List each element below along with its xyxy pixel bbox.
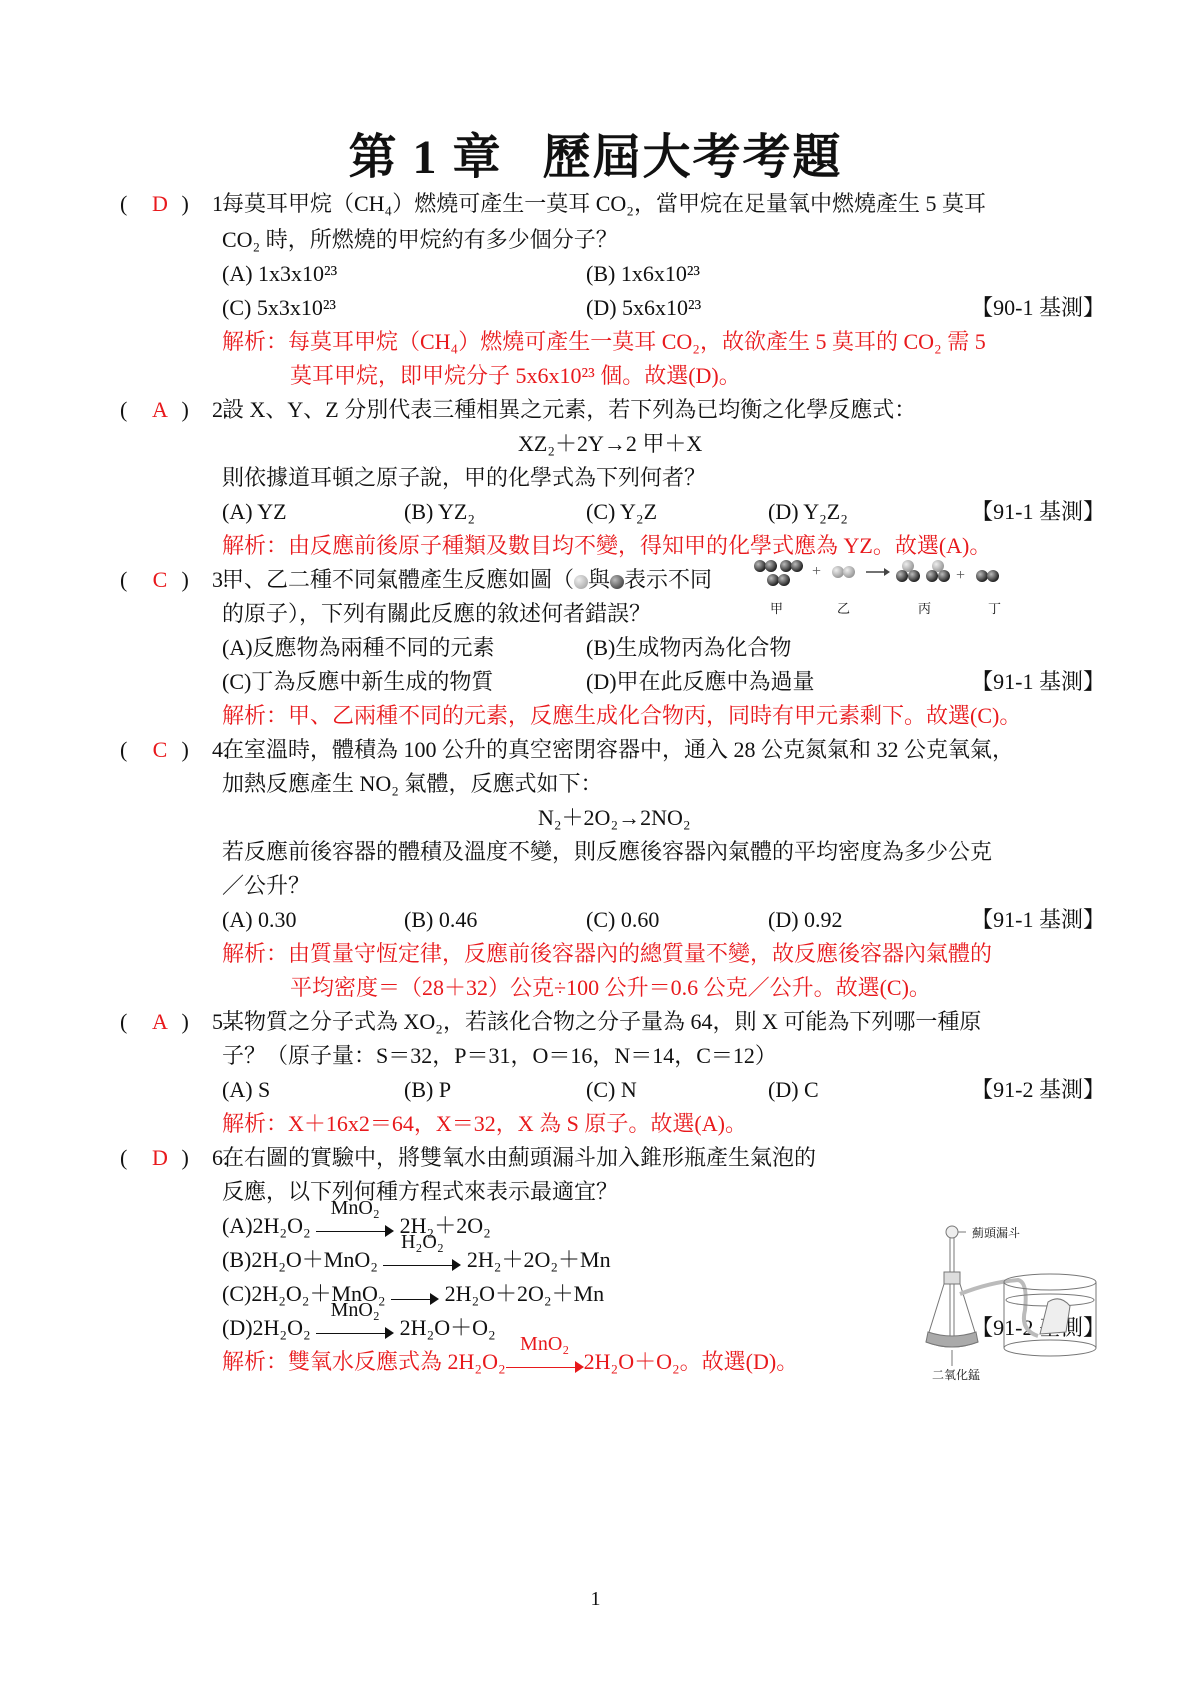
explanation: 莫耳甲烷，即甲烷分子 5x6x10²³ 個。故選(D)。 bbox=[290, 358, 741, 394]
answer-box: (D ) bbox=[120, 1140, 204, 1176]
reactants: 2H₂O₂ bbox=[448, 1349, 506, 1374]
catalyst: H₂O₂ bbox=[383, 1232, 461, 1252]
option-b: (B)生成物丙為化合物 bbox=[586, 630, 791, 666]
reaction-arrow-icon: H₂O₂ bbox=[383, 1252, 461, 1272]
products: 2H₂O＋2O₂＋Mn bbox=[445, 1281, 605, 1306]
reactants: 2H₂O₂ bbox=[253, 1315, 311, 1340]
option-label: (C) bbox=[222, 1281, 251, 1306]
option-label: (B) bbox=[222, 1247, 251, 1272]
figure-label: 薊頭漏斗 bbox=[972, 1224, 1020, 1241]
option-a: (A) 1x3x10²³ bbox=[222, 256, 337, 292]
catalyst: MnO₂ bbox=[316, 1198, 394, 1218]
question-stem: 則依據道耳頓之原子說，甲的化學式為下列何者？ bbox=[222, 460, 706, 496]
option-b: (B)2H₂O＋MnO₂ H₂O₂ 2H₂＋2O₂＋Mn bbox=[222, 1242, 611, 1278]
option-c: (C) N bbox=[586, 1072, 637, 1108]
answer-box: (D ) bbox=[120, 186, 204, 222]
exam-source: 【90-1 基測】 bbox=[971, 290, 1105, 326]
explanation: 解析：X＋16x2＝64，X＝32，X 為 S 原子。故選(A)。 bbox=[222, 1106, 747, 1142]
option-b: (B) 1x6x10²³ bbox=[586, 256, 700, 292]
option-c: (C)丁為反應中新生成的物質 bbox=[222, 664, 493, 700]
question-stem: ／公升？ bbox=[222, 868, 310, 904]
reaction-arrow-icon: MnO₂ bbox=[506, 1354, 584, 1374]
apparatus-figure: 薊頭漏斗 二氧化錳 bbox=[900, 1210, 1100, 1390]
option-b: (B) P bbox=[404, 1072, 451, 1108]
question-stem: CO₂ 時，所燃燒的甲烷約有多少個分子？ bbox=[222, 222, 618, 258]
option-d: (D) 5x6x10²³ bbox=[586, 290, 701, 326]
products: 2H₂＋2O₂＋Mn bbox=[467, 1247, 611, 1272]
stem-text: 甲、乙二種不同氣體產生反應如圖（ bbox=[222, 567, 574, 592]
products: 2H₂O＋O₂ bbox=[584, 1349, 680, 1374]
question-stem: 在右圖的實驗中，將雙氧水由薊頭漏斗加入錐形瓶產生氣泡的 bbox=[222, 1140, 816, 1176]
option-d: (D)甲在此反應中為過量 bbox=[586, 664, 815, 700]
option-d: (D)2H₂O₂ MnO₂ 2H₂O＋O₂ bbox=[222, 1310, 496, 1346]
reactants: 2H₂O＋MnO₂ bbox=[251, 1247, 378, 1272]
svg-text:+: + bbox=[956, 567, 965, 584]
question-stem: 的原子），下列有關此反應的敘述何者錯誤？ bbox=[222, 596, 651, 632]
answer-letter: D bbox=[144, 1140, 176, 1176]
reactants: 2H₂O₂ bbox=[253, 1213, 311, 1238]
answer-letter: A bbox=[144, 1004, 176, 1040]
option-c: (C) Y₂Z bbox=[586, 494, 657, 530]
option-label: (A) bbox=[222, 1213, 253, 1238]
option-b: (B) YZ₂ bbox=[404, 494, 475, 530]
figure-label: 丙 bbox=[918, 598, 931, 617]
stem-text: 表示不同 bbox=[624, 567, 712, 592]
question-stem: 反應，以下列何種方程式來表示最適宜？ bbox=[222, 1174, 618, 1210]
exam-source: 【91-1 基測】 bbox=[971, 902, 1105, 938]
catalyst: MnO₂ bbox=[506, 1334, 584, 1354]
option-c: (C) 5x3x10²³ bbox=[222, 290, 336, 326]
answer-letter: C bbox=[144, 732, 176, 768]
reaction-figure: + + 甲 乙 丙 丁 bbox=[750, 556, 1090, 620]
question-stem: 設 X、Y、Z 分別代表三種相異之元素，若下列為已均衡之化學反應式： bbox=[222, 392, 916, 428]
dark-atom-icon bbox=[610, 575, 624, 589]
option-label: (D) bbox=[222, 1315, 253, 1340]
exam-source: 【91-1 基測】 bbox=[971, 664, 1105, 700]
answer-letter: D bbox=[144, 186, 176, 222]
explanation: 解析：每莫耳甲烷（CH₄）燃燒可產生一莫耳 CO₂，故欲產生 5 莫耳的 CO₂… bbox=[222, 324, 986, 360]
answer-box: (C ) bbox=[120, 562, 204, 598]
option-c: (C)2H₂O₂＋MnO₂ 2H₂O＋2O₂＋Mn bbox=[222, 1276, 604, 1312]
option-c: (C) 0.60 bbox=[586, 902, 659, 938]
question-stem: 子？（原子量：S＝32，P＝31，O＝16，N＝14，C＝12） bbox=[222, 1038, 777, 1074]
chapter-title: 歷屆大考考題 bbox=[543, 131, 843, 184]
explanation: 平均密度＝（28＋32）公克÷100 公升＝0.6 公克／公升。故選(C)。 bbox=[290, 970, 931, 1006]
answer-letter: A bbox=[144, 392, 176, 428]
products: 2H₂O＋O₂ bbox=[400, 1315, 496, 1340]
page-title: 第 1 章歷屆大考考題 bbox=[0, 118, 1191, 187]
option-a: (A)反應物為兩種不同的元素 bbox=[222, 630, 495, 666]
question-stem: 加熱反應產生 NO₂ 氣體，反應式如下： bbox=[222, 766, 602, 802]
question-stem: 某物質之分子式為 XO₂，若該化合物之分子量為 64，則 X 可能為下列哪一種原 bbox=[222, 1004, 981, 1040]
exam-source: 【91-2 基測】 bbox=[971, 1072, 1105, 1108]
figure-label: 丁 bbox=[988, 598, 1001, 617]
explanation-text: 解析：雙氧水反應式為 bbox=[222, 1349, 442, 1374]
equation: XZ₂＋2Y→2 甲＋X bbox=[518, 426, 702, 462]
catalyst: MnO₂ bbox=[316, 1300, 394, 1320]
explanation-text: 。故選(D)。 bbox=[680, 1349, 799, 1374]
exam-source: 【91-1 基測】 bbox=[971, 494, 1105, 530]
figure-label: 甲 bbox=[770, 598, 783, 617]
option-d: (D) Y₂Z₂ bbox=[768, 494, 848, 530]
svg-text:+: + bbox=[812, 563, 821, 580]
question-stem: 若反應前後容器的體積及溫度不變，則反應後容器內氣體的平均密度為多少公克 bbox=[222, 834, 992, 870]
explanation: 解析：由質量守恆定律，反應前後容器內的總質量不變，故反應後容器內氣體的 bbox=[222, 936, 992, 972]
figure-label: 二氧化錳 bbox=[932, 1366, 980, 1383]
stem-text: 與 bbox=[588, 567, 610, 592]
answer-box: (C ) bbox=[120, 732, 204, 768]
question-stem: 甲、乙二種不同氣體產生反應如圖（與表示不同 bbox=[222, 562, 712, 598]
option-d: (D) 0.92 bbox=[768, 902, 843, 938]
chapter-number: 第 1 章 bbox=[348, 131, 502, 184]
explanation: 解析：雙氧水反應式為 2H₂O₂MnO₂2H₂O＋O₂。故選(D)。 bbox=[222, 1344, 798, 1380]
page-number: 1 bbox=[0, 1588, 1191, 1611]
option-a: (A) 0.30 bbox=[222, 902, 297, 938]
option-a: (A) YZ bbox=[222, 494, 287, 530]
light-atom-icon bbox=[574, 575, 588, 589]
reaction-arrow-icon bbox=[391, 1286, 439, 1306]
reaction-arrow-icon: MnO₂ bbox=[316, 1320, 394, 1340]
question-stem: 每莫耳甲烷（CH₄）燃燒可產生一莫耳 CO₂，當甲烷在足量氧中燃燒產生 5 莫耳 bbox=[222, 186, 986, 222]
molecule-jia bbox=[754, 560, 803, 586]
explanation: 解析：甲、乙兩種不同的元素，反應生成化合物丙，同時有甲元素剩下。故選(C)。 bbox=[222, 698, 1021, 734]
answer-box: (A ) bbox=[120, 392, 204, 428]
option-d: (D) C bbox=[768, 1072, 819, 1108]
question-stem: 在室溫時，體積為 100 公升的真空密閉容器中，通入 28 公克氮氣和 32 公… bbox=[222, 732, 1014, 768]
option-b: (B) 0.46 bbox=[404, 902, 477, 938]
equation: N₂＋2O₂→2NO₂ bbox=[538, 800, 691, 836]
answer-letter: C bbox=[144, 562, 176, 598]
answer-box: (A ) bbox=[120, 1004, 204, 1040]
option-a: (A) S bbox=[222, 1072, 270, 1108]
figure-label: 乙 bbox=[837, 598, 850, 617]
